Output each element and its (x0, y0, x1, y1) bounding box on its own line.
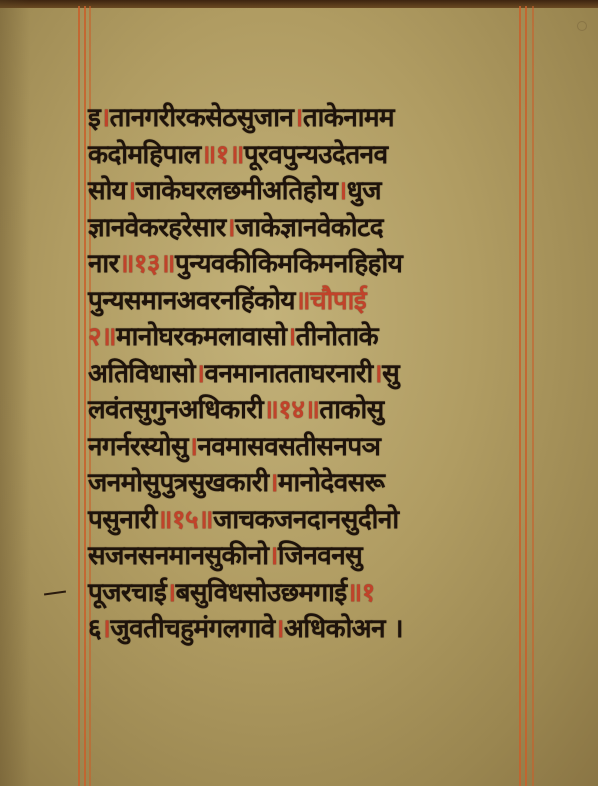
verse-number: ॥१४॥ (263, 395, 319, 425)
line-text: अधिकोअन । (284, 614, 403, 644)
text-line: ज्ञानवेकरहरेसार।जाकेज्ञानवेकोटद (88, 210, 550, 247)
line-text: जाचकजनदानसुदीनो (213, 505, 398, 535)
line-text: पसुनारी (88, 505, 157, 535)
text-line: पुन्यसमानअवरनहिंकोय॥चौपाई (88, 283, 550, 320)
line-text: इ (88, 103, 100, 133)
line-text: नगर्नरस्योसु (88, 432, 188, 462)
text-line: इ।तानगरीरकसेठसुजान।ताकेनामम (88, 100, 550, 137)
page-shadow (0, 0, 30, 786)
danda-mark: । (275, 614, 284, 644)
line-text: नवमासवसतीसनपञ (198, 432, 381, 462)
line-text: पूरवपुन्यउदेतनव (244, 140, 388, 170)
left-margin-rule (78, 6, 80, 786)
margin-mark (44, 590, 66, 595)
line-text: तीनोताके (296, 322, 378, 352)
line-text: ज्ञानवेकरहरेसार (88, 213, 226, 243)
line-text: ६ (88, 614, 101, 644)
manuscript-text: इ।तानगरीरकसेठसुजान।ताकेनामम कदोमहिपाल॥१॥… (88, 100, 550, 648)
danda-mark: । (268, 541, 277, 571)
danda-mark: । (195, 359, 204, 389)
danda-mark: ॥ (101, 322, 116, 352)
line-text: धुज (347, 176, 381, 206)
rubric-heading: २ (88, 322, 101, 352)
text-line: लवंतसुगुनअधिकारी॥१४॥ताकोसु (88, 392, 550, 429)
line-text: जाकेज्ञानवेकोटद (235, 213, 383, 243)
line-text: मानोघरकमलावासो (116, 322, 286, 352)
text-line: पसुनारी॥१५॥जाचकजनदानसुदीनो (88, 502, 550, 539)
text-line: कदोमहिपाल॥१॥पूरवपुन्यउदेतनव (88, 137, 550, 174)
line-text: सोय (88, 176, 126, 206)
line-text: पुन्यसमानअवरनहिंकोय (88, 286, 295, 316)
verse-number: ॥१५॥ (157, 505, 213, 535)
line-text: जिनवनसु (278, 541, 362, 571)
danda-mark: । (166, 578, 175, 608)
line-text: पुन्यवकीकिमकिमनहिहोय (175, 249, 402, 279)
line-text: जनमोसुपुत्रसुखकारी (88, 468, 269, 498)
text-line: सजनसनमानसुकीनो।जिनवनसु (88, 538, 550, 575)
danda-mark: । (269, 468, 278, 498)
text-line: जनमोसुपुत्रसुखकारी।मानोदेवसरू (88, 465, 550, 502)
danda-mark: । (293, 103, 302, 133)
verse-number: ॥१॥ (201, 140, 244, 170)
text-line: अतिविधासो।वनमानातताघरनारी।सु (88, 356, 550, 393)
text-line: नगर्नरस्योसु।नवमासवसतीसनपञ (88, 429, 550, 466)
line-text: पूजरचाई (88, 578, 166, 608)
line-text: अतिविधासो (88, 359, 195, 389)
danda-mark: । (100, 103, 109, 133)
line-text: बसुविधसोउछमगाई (176, 578, 347, 608)
danda-mark: । (101, 614, 110, 644)
danda-mark: ॥ (295, 286, 310, 316)
danda-mark: । (337, 176, 346, 206)
line-text: नार (88, 249, 119, 279)
text-line: ६।जुवतीचहुमंगलगावे।अधिकोअन । (88, 611, 550, 648)
danda-mark: । (226, 213, 235, 243)
verse-number: ॥१३॥ (119, 249, 175, 279)
text-line: पूजरचाई।बसुविधसोउछमगाई॥१ (88, 575, 550, 612)
line-text: वनमानातताघरनारी (205, 359, 373, 389)
left-margin-rule (84, 6, 86, 786)
danda-mark: । (373, 359, 382, 389)
line-text: जाकेघरलछमीअतिहोय (136, 176, 338, 206)
line-text: ताकोसु (319, 395, 383, 425)
line-text: सु (382, 359, 399, 389)
danda-mark: । (188, 432, 197, 462)
corner-stain (577, 21, 587, 31)
line-text: तानगरीरकसेठसुजान (110, 103, 294, 133)
line-text: मानोदेवसरू (278, 468, 385, 498)
line-text: कदोमहिपाल (88, 140, 201, 170)
danda-mark: । (126, 176, 135, 206)
text-line: नार॥१३॥पुन्यवकीकिमकिमनहिहोय (88, 246, 550, 283)
rubric-heading: चौपाई (310, 286, 366, 316)
verse-number: ॥१ (347, 578, 375, 608)
line-text: लवंतसुगुनअधिकारी (88, 395, 263, 425)
line-text: सजनसनमानसुकीनो (88, 541, 268, 571)
text-line: सोय।जाकेघरलछमीअतिहोय।धुज (88, 173, 550, 210)
line-text: ताकेनामम (303, 103, 394, 133)
line-text: जुवतीचहुमंगलगावे (110, 614, 274, 644)
manuscript-page: इ।तानगरीरकसेठसुजान।ताकेनामम कदोमहिपाल॥१॥… (0, 0, 598, 786)
danda-mark: । (286, 322, 295, 352)
text-line: २॥मानोघरकमलावासो।तीनोताके (88, 319, 550, 356)
